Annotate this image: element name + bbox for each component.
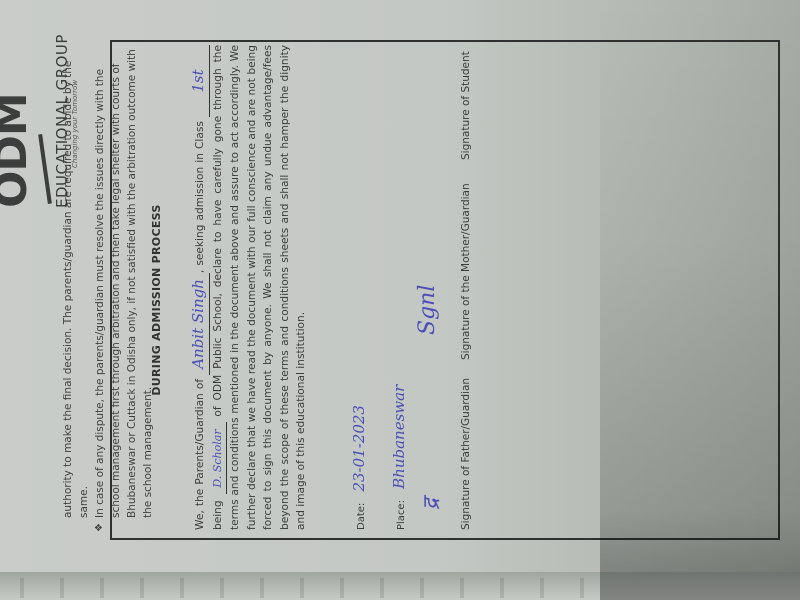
program-field[interactable]: D. Scholar [210,422,228,494]
document-page: ODM EDUCATIONAL GROUP Changing your Tomo… [0,0,790,600]
student-signature-label: Signature of Student [460,51,472,160]
date-row: Date: 23-01-2023 [350,405,368,530]
declaration-text: We, the Parents/Guardian of Anbit Singh,… [190,45,310,530]
student-name-field[interactable]: Anbit Singh [190,273,210,375]
prelude-line: authority to make the final decision. Th… [60,38,92,518]
place-label: Place: [396,500,407,530]
father-signature-mark: द्र [415,498,445,510]
place-value[interactable]: Bhubaneswar [390,385,408,489]
place-row: Place: Bhubaneswar [390,385,408,530]
logo-brand: ODM [0,93,37,208]
mother-signature-label: Signature of the Mother/Guardian [460,183,472,360]
father-signature-label: Signature of Father/Guardian [460,378,472,530]
decl-part1: We, the Parents/Guardian of [194,379,206,530]
mother-signature-mark: Sgnl [415,285,440,335]
date-value[interactable]: 23-01-2023 [350,405,368,491]
class-value: 1st [189,69,207,92]
program-value: D. Scholar [211,429,224,487]
decl-part2: seeking admission in Class [194,121,206,266]
decl-part3: being [212,500,224,530]
student-name-value: Anbit Singh [189,279,207,369]
class-field[interactable]: 1st [190,45,210,117]
section-title: DURING ADMISSION PROCESS [150,0,163,600]
date-label: Date: [356,503,367,530]
logo-swoosh-icon [38,134,52,204]
bullet-icon: ❖ [92,523,108,532]
